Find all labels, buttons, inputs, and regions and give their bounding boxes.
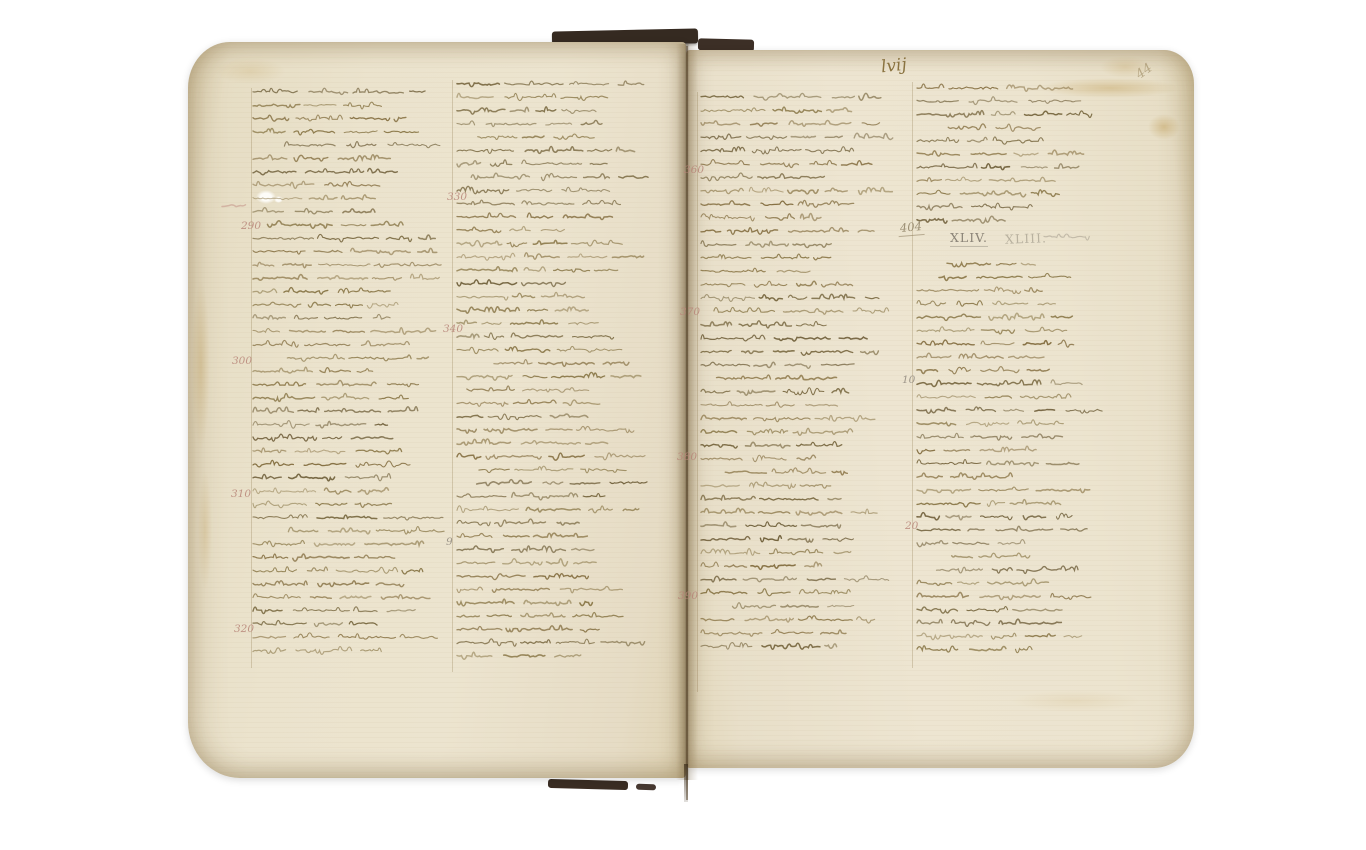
marginal-line-number: 20 bbox=[905, 520, 918, 532]
marginal-line-number: 290 bbox=[241, 220, 261, 232]
column-ruling-line bbox=[452, 80, 453, 672]
chapter-number-xliv: XLIV. bbox=[950, 230, 988, 247]
book-cover-edge-bottom bbox=[548, 779, 628, 790]
chapter-number-xliii: XLIII. bbox=[1005, 230, 1047, 246]
book-cover-edge-bottom-small bbox=[636, 784, 656, 791]
marginal-line-number: 10 bbox=[902, 374, 915, 386]
left-page bbox=[188, 42, 686, 778]
marginal-line-number: 340 bbox=[443, 323, 463, 335]
marginal-line-number: 390 bbox=[678, 590, 698, 602]
right-page bbox=[686, 50, 1194, 768]
paper-texture bbox=[686, 50, 1194, 768]
marginal-line-number: 300 bbox=[232, 355, 252, 367]
marginal-line-number: 370 bbox=[680, 306, 700, 318]
marginal-line-number: 380 bbox=[677, 451, 697, 463]
paper-texture bbox=[188, 42, 686, 778]
manuscript-photo: lvij 44 404 XLIV. XLIII. 290300310320330… bbox=[0, 0, 1366, 850]
marginal-line-number: 9 bbox=[446, 536, 453, 548]
column-ruling-line bbox=[251, 88, 252, 668]
marginal-line-number: 360 bbox=[684, 164, 704, 176]
marginal-line-number: 330 bbox=[447, 191, 467, 203]
verse-count-annotation: 404 bbox=[897, 219, 924, 237]
quire-signature: lvij bbox=[880, 55, 908, 78]
book-gutter-line bbox=[686, 46, 688, 800]
book-gutter-tail bbox=[684, 764, 688, 802]
column-ruling-line bbox=[697, 92, 698, 692]
marginal-line-number: 320 bbox=[234, 623, 254, 635]
marginal-line-number: 310 bbox=[231, 488, 251, 500]
